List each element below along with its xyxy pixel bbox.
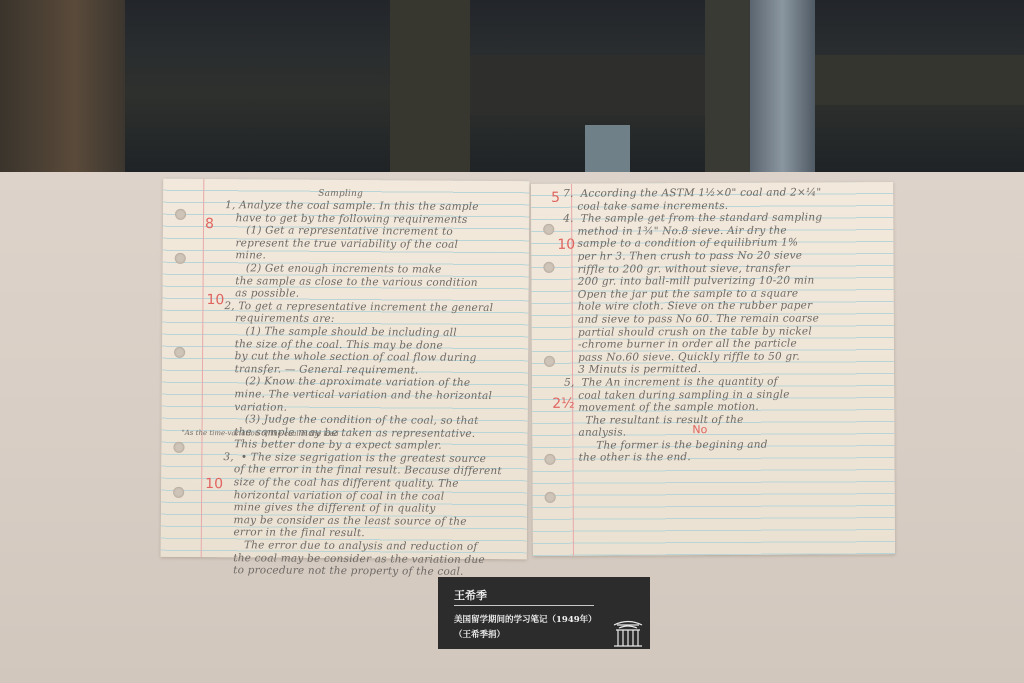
placard-donor: （王希季捐） <box>454 628 505 640</box>
binder-hole <box>173 442 184 453</box>
binder-hole <box>543 262 554 273</box>
red-grade-mark: 10 <box>205 476 223 492</box>
caption-placard: 王希季 美国留学期间的学习笔记（1949年） （王希季捐） <box>438 577 650 649</box>
binder-hole <box>175 253 186 264</box>
right-notebook-page: 7. According the ASTM 1½×0" coal and 2×¼… <box>531 182 895 556</box>
red-grade-mark: 5 <box>551 190 560 206</box>
binder-hole <box>545 492 556 503</box>
binder-hole <box>174 347 185 358</box>
red-grade-mark: 10 <box>206 292 224 308</box>
binder-hole <box>543 224 554 235</box>
binder-hole <box>173 487 184 498</box>
display-case-glass-reflection <box>0 0 1024 172</box>
page-title: Sampling <box>318 188 363 201</box>
placard-name: 王希季 <box>454 587 487 603</box>
handwritten-text: 1, Analyze the coal sample. In this the … <box>223 199 504 579</box>
binder-hole <box>175 209 186 220</box>
margin-note: "As the time-variation of the coal in th… <box>182 429 339 439</box>
red-grade-mark: 8 <box>205 216 214 232</box>
pavilion-logo-icon <box>610 617 646 647</box>
red-grade-mark: 10 <box>557 237 575 253</box>
binder-hole <box>544 356 555 367</box>
red-correction-mark: No <box>692 423 707 436</box>
placard-divider <box>454 605 594 606</box>
placard-caption: 美国留学期间的学习笔记（1949年） <box>454 613 597 625</box>
binder-hole <box>544 454 555 465</box>
left-notebook-page: Sampling 1, Analyze the coal sample. In … <box>161 179 530 560</box>
red-grade-mark: 2½ <box>552 396 575 412</box>
